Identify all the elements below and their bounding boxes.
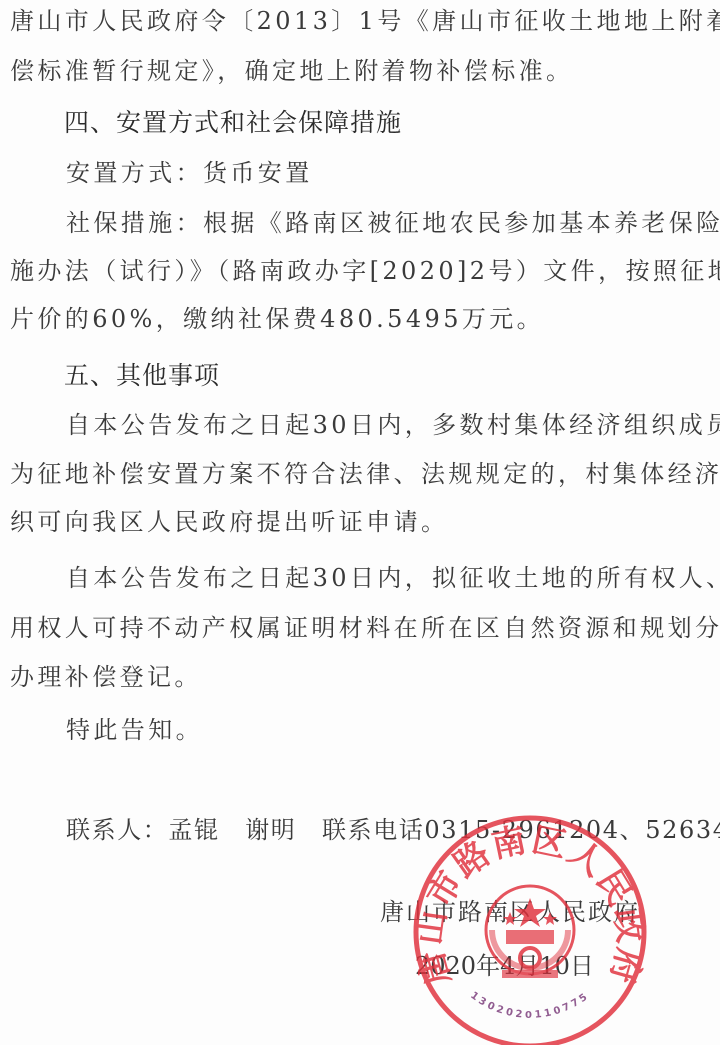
section-heading-4: 四、安置方式和社会保障措施 (64, 108, 402, 138)
svg-text:1302020110775: 1302020110775 (468, 990, 592, 1021)
paragraph-line: 片价的60%，缴纳社保费480.5495万元。 (10, 304, 544, 334)
paragraph-line: 偿标准暂行规定》，确定地上附着物补偿标准。 (10, 56, 573, 86)
closing-remark: 特此告知。 (66, 715, 203, 745)
paragraph-line: 自本公告发布之日起30日内，拟征收土地的所有权人、使 (66, 563, 720, 593)
official-seal-icon: 唐山市路南区人民政府 1302020110775 (410, 812, 650, 1045)
paragraph-line: 社保措施：根据《路南区被征地农民参加基本养老保险实 (66, 208, 720, 238)
paragraph-line: 自本公告发布之日起30日内，多数村集体经济组织成员认 (66, 410, 720, 440)
section-heading-5: 五、其他事项 (64, 361, 220, 391)
issue-date: 2020年4月10日 (415, 951, 594, 981)
paragraph-line: 织可向我区人民政府提出听证申请。 (10, 507, 448, 537)
issuer-name: 唐山市路南区人民政府 (380, 897, 640, 927)
paragraph-line: 用权人可持不动产权属证明材料在所在区自然资源和规划分局 (10, 613, 720, 643)
paragraph-line: 唐山市人民政府令〔2013〕1号《唐山市征收土地地上附着物补 (10, 6, 720, 36)
resettlement-method: 安置方式：货币安置 (66, 158, 313, 188)
paragraph-line: 施办法（试行）》（路南政办字[2020]2号）文件，按照征地区 (10, 256, 720, 286)
paragraph-line: 为征地补偿安置方案不符合法律、法规规定的，村集体经济组 (10, 459, 720, 489)
contact-info: 联系人：孟锟 谢明 联系电话0315-2961204、5263488 (66, 815, 720, 845)
paragraph-line: 办理补偿登记。 (10, 662, 202, 692)
